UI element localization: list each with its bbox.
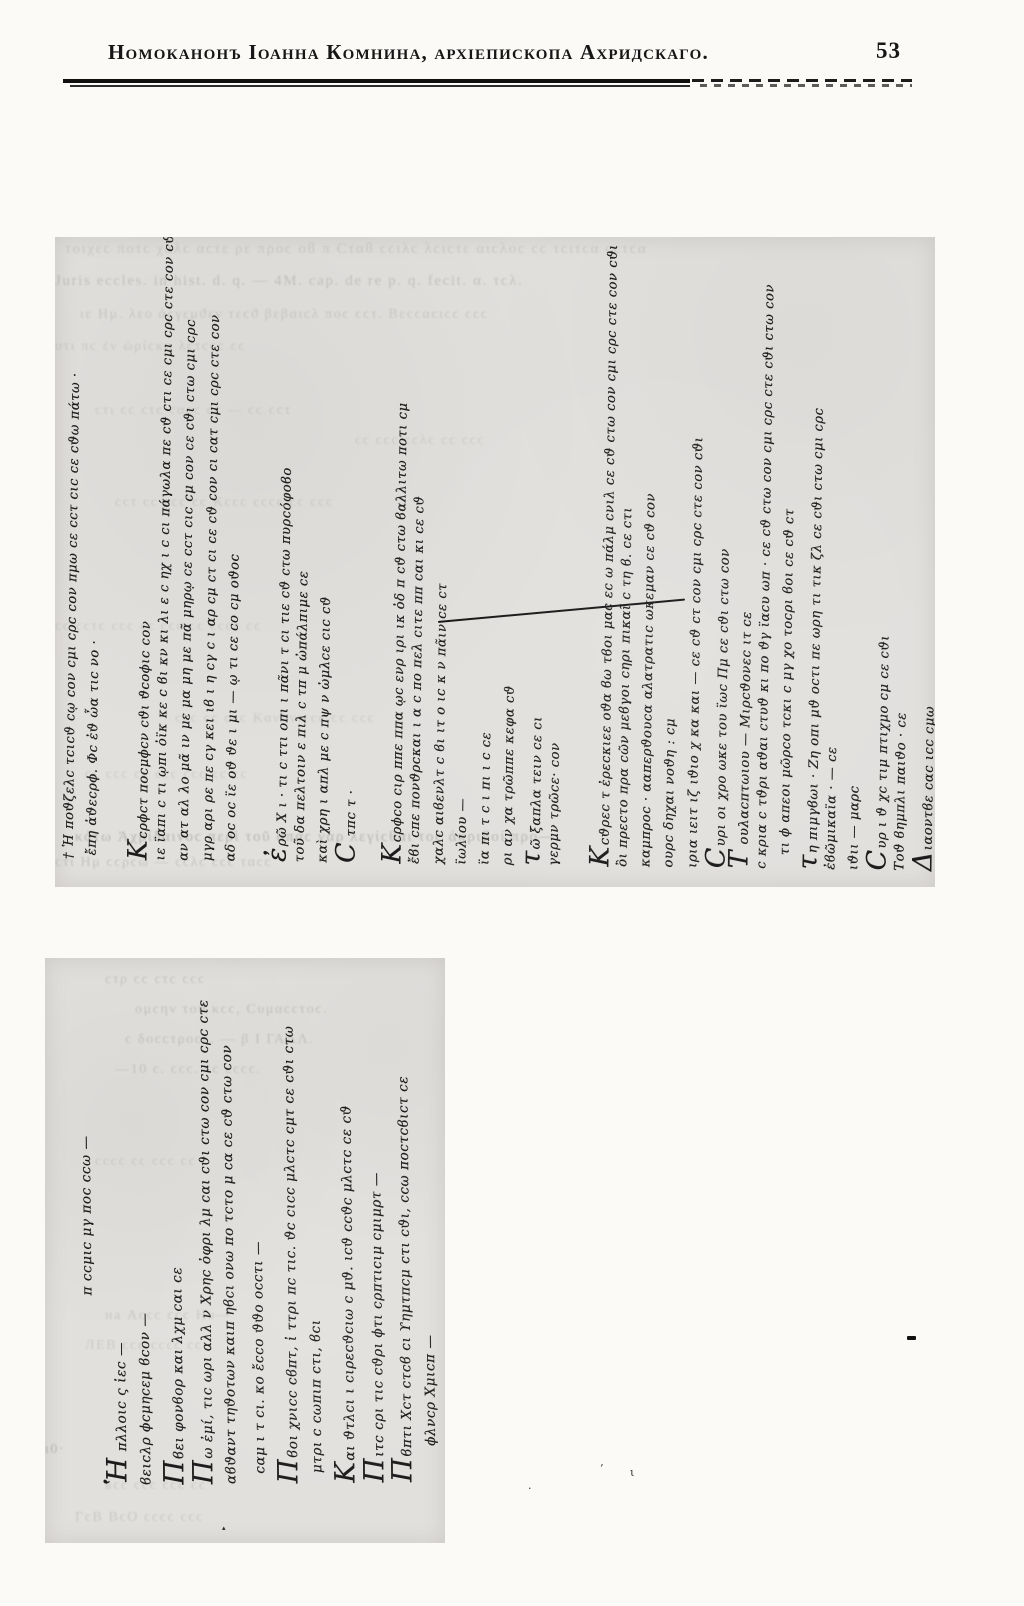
header-rule-dashed-thin — [700, 84, 912, 87]
ink-dash-mark — [907, 1336, 916, 1340]
ink-speck: ’ — [600, 1462, 604, 1475]
header-rule-dashed — [692, 79, 912, 82]
manuscript-line: Πω ἐμί, τιϲ ωρι αλλ ν Χρηϲ ὀφρι λμ ϲαι ϲ… — [183, 958, 217, 1485]
manuscript-line: ϕλνϲρ Χμιϲπ — — [411, 958, 445, 1482]
manuscript-line: Πϐοι χνιϲϲ ϲϐπτ, ἰ ττρι πϲ τιϲ. ϑϲ ϲιϲϲ … — [269, 958, 303, 1484]
page-number: 53 — [876, 38, 901, 64]
manuscript-facsimile-plate-2: ϲτρ ϲϲ ϲτϲ ϲϲϲομϲην τοϑ κϲϲ, Ϲυμαϲϲτοϲ.ϲ… — [45, 958, 445, 1543]
scanned-book-page: Номоканонъ Іоанна Комнина, архіепископа … — [0, 0, 1024, 1606]
manuscript-facsimile-plate-1: τοιχεϲ ποτϲ χαλϲ αϲτε ρε προϲ οϐ π Ϲταϐ … — [55, 237, 935, 887]
page-header-title: Номоканонъ Іоанна Комнина, архіепископа … — [108, 40, 709, 65]
header-rule-solid — [63, 79, 690, 83]
ink-speck: ▴ — [222, 1524, 226, 1532]
ink-speck: · — [528, 1482, 532, 1495]
manuscript-text-rotated: † Ἡ ποϑζελϲ τϲιϲϑ ϲῳ ϲον ϲμι ϲρϲ ϲον πμω… — [57, 237, 935, 887]
manuscript-text-rotated: π ϲϲμιϲ μγ ποϲ ϲϲω —Ἡ πλλοιϲ ς ἱεϲ —ϐειϲ… — [45, 958, 445, 1541]
ink-speck: ι — [630, 1466, 634, 1479]
header-rule-solid-thin — [70, 85, 690, 87]
